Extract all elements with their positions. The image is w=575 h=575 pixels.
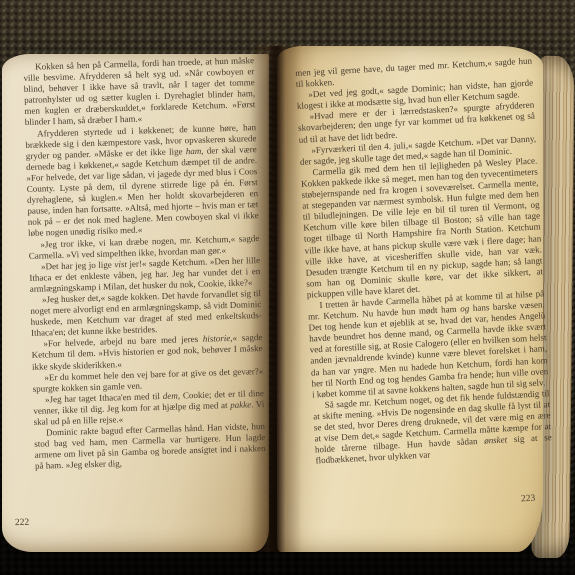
paragraph: »Jeg husker det,« sagde kokken. Det havd… bbox=[30, 288, 262, 339]
paragraph: Kokken så hen på Carmella, fordi han tro… bbox=[23, 55, 256, 128]
paragraph: Carmella gik med dem hen til lejligheden… bbox=[300, 155, 544, 300]
left-page-number: 222 bbox=[15, 518, 30, 528]
paragraph: I tretten år havde Carmella håbet på at … bbox=[307, 288, 549, 400]
paragraph: Så sagde mr. Ketchum noget, og det fik h… bbox=[312, 388, 552, 467]
paragraph: Dominic rakte bagud efter Carmellas hånd… bbox=[34, 421, 266, 472]
right-page-text: men jeg vil gerne have, du tager med mr.… bbox=[295, 56, 555, 520]
right-page-number: 223 bbox=[521, 494, 536, 505]
paragraph: Afrydderen styrtede ud i køkkenet; de ku… bbox=[25, 122, 259, 240]
open-book: Kokken så hen på Carmella, fordi han tro… bbox=[0, 0, 575, 575]
left-page-text: Kokken så hen på Carmella, fordi han tro… bbox=[23, 55, 267, 514]
book-photo-scene: Kokken så hen på Carmella, fordi han tro… bbox=[0, 0, 575, 575]
